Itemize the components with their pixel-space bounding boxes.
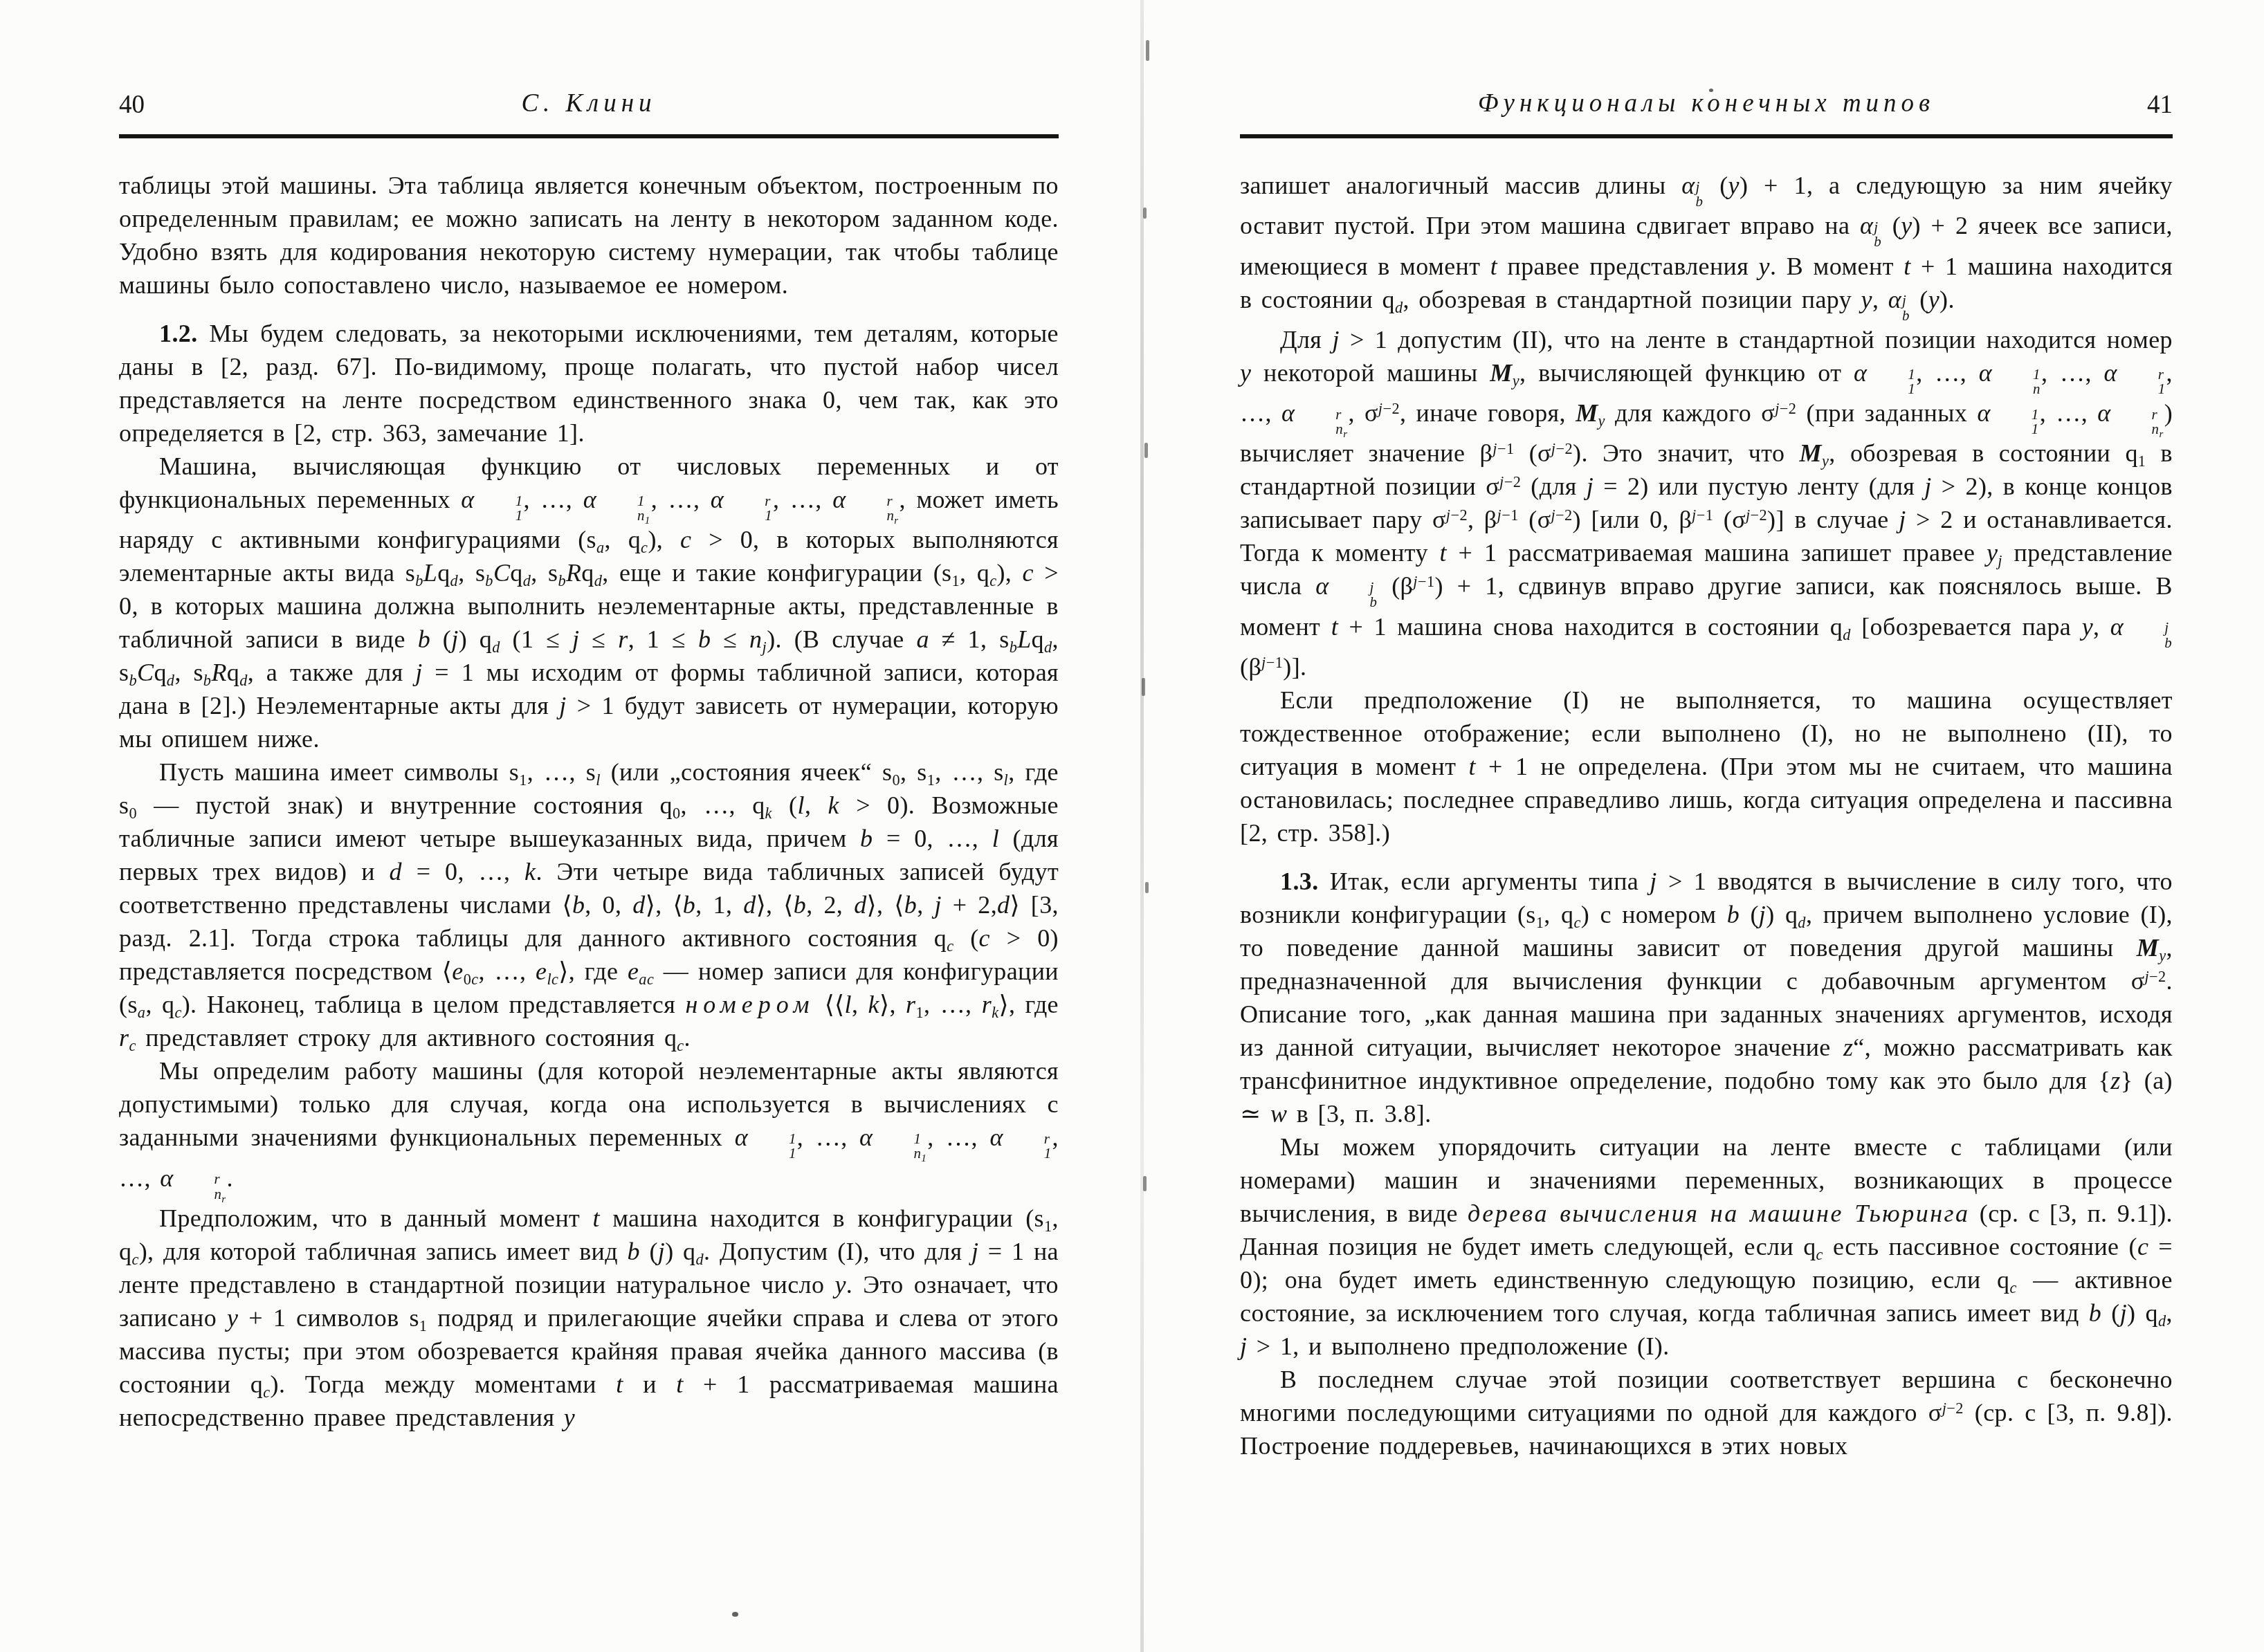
page-number-right: 41 xyxy=(2147,90,2173,120)
binding-mark xyxy=(1143,1176,1147,1191)
binding-mark xyxy=(1143,208,1147,219)
paragraph: 1.3. Итак, если аргументы типа j > 1 вво… xyxy=(1240,865,2173,1130)
book-spread: 40 С. Клини таблицы этой машины. Эта таб… xyxy=(0,0,2264,1652)
page-41-header: Функционалы конечных типов 41 xyxy=(1240,87,2173,126)
binding-mark xyxy=(1145,882,1149,893)
page-41-body: запишет аналогичный массив длины αjb (y)… xyxy=(1240,169,2173,1462)
ink-speck xyxy=(1709,89,1713,92)
page-40-header: 40 С. Клини xyxy=(119,87,1059,126)
page-40-body: таблицы этой машины. Эта таблица являетс… xyxy=(119,169,1059,1434)
paragraph: таблицы этой машины. Эта таблица являетс… xyxy=(119,169,1059,302)
paragraph: Предположим, что в данный момент t машин… xyxy=(119,1202,1059,1434)
page-40: 40 С. Клини таблицы этой машины. Эта таб… xyxy=(119,87,1059,1434)
paragraph: В последнем случае этой позиции соответс… xyxy=(1240,1363,2173,1462)
ink-speck xyxy=(732,1612,738,1617)
page-41: Функционалы конечных типов 41 запишет ан… xyxy=(1240,87,2173,1462)
running-title-right: Функционалы конечных типов xyxy=(1240,89,2173,118)
binding-mark xyxy=(1146,40,1149,61)
paragraph: Мы можем упорядочить ситуации на ленте в… xyxy=(1240,1130,2173,1363)
binding-crease xyxy=(1140,0,1144,1652)
header-rule-right xyxy=(1240,134,2173,138)
binding-mark xyxy=(1144,443,1148,458)
paragraph: Пусть машина имеет символы s1, …, sl (ил… xyxy=(119,755,1059,1054)
paragraph: запишет аналогичный массив длины αjb (y)… xyxy=(1240,169,2173,323)
paragraph: Для j > 1 допустим (II), что на ленте в … xyxy=(1240,323,2173,683)
running-title-left: С. Клини xyxy=(119,89,1059,118)
header-rule-left xyxy=(119,134,1059,138)
paragraph: Машина, вычисляющая функцию от числовых … xyxy=(119,450,1059,755)
paragraph: 1.2. Мы будем следовать, за некоторыми и… xyxy=(119,317,1059,450)
paragraph: Мы определим работу машины (для которой … xyxy=(119,1054,1059,1202)
paragraph: Если предположение (I) не выполняется, т… xyxy=(1240,683,2173,850)
binding-mark xyxy=(1142,678,1145,696)
